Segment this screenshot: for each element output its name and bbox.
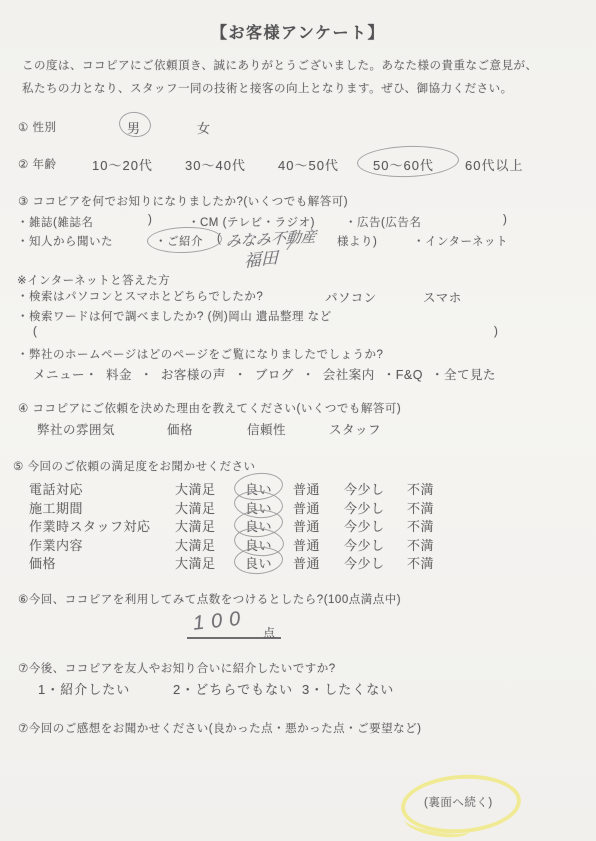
satisfaction-row-phone: 電話対応 大満足 良い 普通 今少し 不満	[0, 479, 596, 495]
handwritten-score: 100	[192, 607, 248, 636]
q3-option-internet: ・インターネット	[413, 233, 508, 249]
intro-line-1: この度は、ココピアにご依頼頂き、誠にありがとうございました。あなた様の貴重なご意…	[22, 57, 538, 73]
q6-score-label: ⑥今回、ココピアを利用してみて点数をつけるとしたら?(100点満点中)	[18, 591, 401, 607]
keyword-blank-close-paren: )	[494, 326, 498, 338]
q7-recommend-label: ⑦今後、ココピアを友人やお知り合いに紹介したいですか?	[18, 660, 336, 676]
col-somewhat: 今少し	[344, 498, 385, 517]
q2-option-60plus: 60代以上	[465, 155, 523, 174]
q3-ad-close-paren: )	[503, 214, 507, 226]
col-normal: 普通	[293, 479, 320, 498]
q3-referral-suffix: 様より)	[337, 233, 377, 249]
row-label: 価格	[29, 553, 56, 572]
col-unsatisfied: 不満	[407, 498, 434, 517]
q5-satisfaction-label: ⑤ 今回のご依頼の満足度をお聞かせください	[13, 458, 256, 474]
homepage-question: ・弊社のホームページはどのページをご覧になりましたでしょうか?	[17, 346, 383, 362]
q4-option-reliability: 信頼性	[247, 420, 286, 438]
q4-option-price: 価格	[167, 420, 193, 438]
row-label: 作業時スタッフ対応	[29, 516, 151, 535]
col-very-satisfied: 大満足	[175, 535, 216, 554]
continue-on-back-note: (裏面へ続く)	[424, 794, 493, 810]
q3-option-ad: ・広告(広告名	[345, 214, 421, 230]
col-unsatisfied: 不満	[407, 479, 434, 498]
satisfaction-row-period: 施工期間 大満足 良い 普通 今少し 不満	[0, 498, 596, 514]
q7-option-neither: 2・どちらでもない	[173, 679, 293, 698]
q3-magazine-close-paren: )	[148, 214, 152, 226]
q2-age-label: ② 年齢	[18, 156, 57, 172]
col-unsatisfied: 不満	[407, 535, 434, 554]
device-question: ・検索はパソコンとスマホとどちらでしたか?	[17, 288, 263, 304]
q4-reason-label: ④ ココピアにご依頼を決めた理由を教えてください(いくつでも解答可)	[18, 400, 401, 416]
q3-option-friend: ・知人から聞いた	[17, 233, 113, 249]
satisfaction-row-staff-response: 作業時スタッフ対応 大満足 良い 普通 今少し 不満	[0, 516, 596, 532]
q1-option-female: 女	[197, 118, 211, 137]
survey-scan-page: 【お客様アンケート】 この度は、ココピアにご依頼頂き、誠にありがとうございました…	[0, 0, 596, 841]
pencil-circle-gender-male	[117, 110, 152, 139]
col-normal: 普通	[293, 553, 320, 572]
q2-option-10-20: 10〜20代	[92, 155, 153, 174]
col-somewhat: 今少し	[344, 479, 385, 498]
q4-option-staff: スタッフ	[329, 420, 381, 438]
q3-source-label: ③ ココピアを何でお知りになりましたか?(いくつでも解答可)	[18, 193, 348, 209]
row-label: 作業内容	[29, 535, 83, 554]
q1-gender-label: ① 性別	[18, 119, 57, 135]
col-normal: 普通	[293, 535, 320, 554]
score-unit: 点	[263, 624, 276, 641]
keyword-question: ・検索ワードは何で調べましたか? (例)岡山 遺品整理 など	[17, 308, 332, 324]
col-somewhat: 今少し	[344, 535, 385, 554]
keyword-blank-open-paren: (	[33, 326, 37, 338]
satisfaction-row-price: 価格 大満足 良い 普通 今少し 不満	[0, 553, 596, 569]
handwritten-note-name: 福田	[244, 243, 278, 272]
pencil-circle-age-50-60	[356, 144, 459, 179]
col-very-satisfied: 大満足	[175, 498, 216, 517]
homepage-options: メニュー・ 料金 ・ お客様の声 ・ ブログ ・ 会社案内 ・F&Q ・全て見た	[33, 365, 496, 383]
row-label: 施工期間	[29, 498, 83, 517]
col-normal: 普通	[293, 498, 320, 517]
internet-section-heading: ※インターネットと答えた方	[17, 272, 170, 288]
device-option-smartphone: スマホ	[423, 288, 462, 306]
col-unsatisfied: 不満	[407, 553, 434, 572]
form-title: 【お客様アンケート】	[0, 20, 596, 43]
q2-option-30-40: 30〜40代	[185, 155, 246, 174]
q2-option-40-50: 40〜50代	[278, 155, 339, 174]
col-unsatisfied: 不満	[407, 516, 434, 535]
col-normal: 普通	[293, 516, 320, 535]
intro-line-2: 私たちの力となり、スタッフ一同の技術と接客の向上となります。ぜひ、御協力ください…	[22, 80, 513, 96]
col-somewhat: 今少し	[344, 553, 385, 572]
col-very-satisfied: 大満足	[175, 479, 216, 498]
q8-comments-label: ⑦今回のご感想をお聞かせください(良かった点・悪かった点・ご要望など)	[18, 720, 421, 736]
device-option-pc: パソコン	[325, 288, 377, 306]
q7-option-want-to-refer: 1・紹介したい	[38, 679, 130, 698]
col-very-satisfied: 大満足	[175, 553, 216, 572]
row-label: 電話対応	[29, 479, 83, 498]
q4-option-atmosphere: 弊社の雰囲気	[37, 420, 115, 438]
satisfaction-row-work-content: 作業内容 大満足 良い 普通 今少し 不満	[0, 535, 596, 551]
q3-option-magazine: ・雑誌(雑誌名	[17, 214, 93, 230]
q7-option-do-not-want: 3・したくない	[302, 679, 394, 698]
col-somewhat: 今少し	[344, 516, 385, 535]
pencil-circle-referral	[147, 226, 223, 255]
col-very-satisfied: 大満足	[175, 516, 216, 535]
